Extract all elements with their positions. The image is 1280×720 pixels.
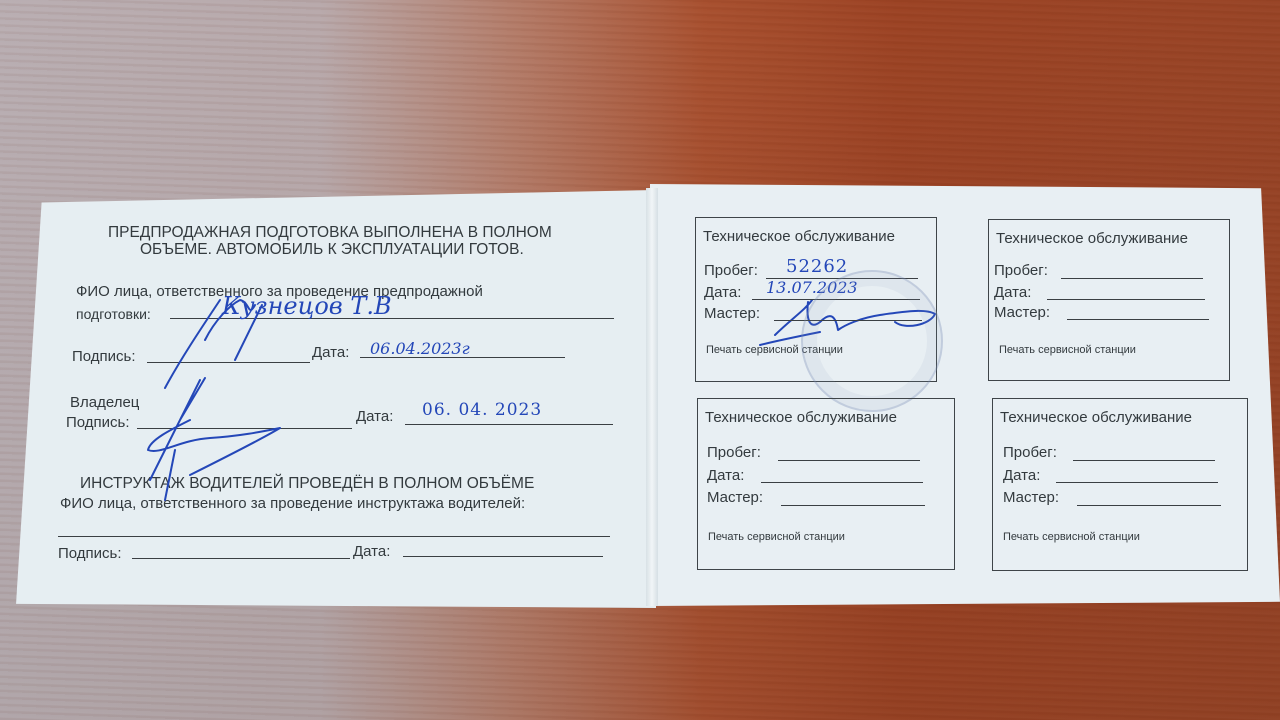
instruction-date-label: Дата: <box>353 543 390 560</box>
owner-date-field[interactable] <box>405 424 613 425</box>
owner-date-value: 06. 04. 2023 <box>422 400 542 420</box>
booklet-spine <box>646 188 658 606</box>
mileage-label: Пробег: <box>704 262 758 279</box>
mileage-label: Пробег: <box>994 262 1048 279</box>
owner-signature-field[interactable] <box>137 428 352 429</box>
mileage-field[interactable] <box>1073 460 1215 461</box>
master-field[interactable] <box>1067 319 1209 320</box>
instruction-date-field[interactable] <box>403 556 603 557</box>
mileage-label: Пробег: <box>707 444 761 461</box>
presale-signature-label: Подпись: <box>72 348 136 365</box>
master-label: Мастер: <box>1003 489 1059 506</box>
presale-responsible-label-cont: подготовки: <box>76 306 151 322</box>
maintenance-title: Техническое обслуживание <box>1000 409 1192 426</box>
master-label: Мастер: <box>704 305 760 322</box>
instruction-signature-label: Подпись: <box>58 545 122 562</box>
owner-label: Владелец <box>70 394 139 411</box>
presale-signature-field[interactable] <box>147 362 310 363</box>
presale-heading-line1: ПРЕДПРОДАЖНАЯ ПОДГОТОВКА ВЫПОЛНЕНА В ПОЛ… <box>108 224 552 242</box>
maintenance-box-3: Техническое обслуживание Пробег: Дата: М… <box>697 398 955 570</box>
maintenance-box-2: Техническое обслуживание Пробег: Дата: М… <box>988 219 1230 381</box>
maintenance-title: Техническое обслуживание <box>705 409 897 426</box>
master-label: Мастер: <box>707 489 763 506</box>
stamp-label: Печать сервисной станции <box>1003 531 1140 543</box>
stamp-label: Печать сервисной станции <box>708 531 845 543</box>
maintenance-title: Техническое обслуживание <box>996 230 1188 247</box>
date-label: Дата: <box>1003 467 1040 484</box>
date-label: Дата: <box>994 284 1031 301</box>
owner-signature-label: Подпись: <box>66 414 130 431</box>
maintenance-box-1: Техническое обслуживание Пробег: 52262 Д… <box>695 217 937 382</box>
date-field[interactable] <box>761 482 923 483</box>
mileage-field[interactable] <box>1061 278 1203 279</box>
maintenance-title: Техническое обслуживание <box>703 228 895 245</box>
instruction-signature-field[interactable] <box>132 558 350 559</box>
owner-date-label: Дата: <box>356 408 393 425</box>
stamp-label: Печать сервисной станции <box>999 344 1136 356</box>
date-label: Дата: <box>704 284 741 301</box>
master-label: Мастер: <box>994 304 1050 321</box>
instruction-heading: ИНСТРУКТАЖ ВОДИТЕЛЕЙ ПРОВЕДЁН В ПОЛНОМ О… <box>80 475 534 493</box>
instruction-responsible-label: ФИО лица, ответственного за проведение и… <box>60 495 525 512</box>
presale-heading-line2: ОБЪЕМЕ. АВТОМОБИЛЬ К ЭКСПЛУАТАЦИИ ГОТОВ. <box>140 241 524 259</box>
presale-responsible-value: Кузнецов Т.В <box>222 292 392 320</box>
date-field[interactable] <box>1056 482 1218 483</box>
presale-date-label: Дата: <box>312 344 349 361</box>
master-field[interactable] <box>1077 505 1221 506</box>
instruction-responsible-field[interactable] <box>58 536 610 537</box>
presale-date-value: 06.04.2023г <box>370 339 470 358</box>
date-label: Дата: <box>707 467 744 484</box>
service-station-stamp <box>801 270 943 412</box>
mileage-value: 52262 <box>786 256 848 277</box>
master-field[interactable] <box>781 505 925 506</box>
date-field[interactable] <box>1047 299 1205 300</box>
mileage-label: Пробег: <box>1003 444 1057 461</box>
maintenance-box-4: Техническое обслуживание Пробег: Дата: М… <box>992 398 1248 571</box>
mileage-field[interactable] <box>778 460 920 461</box>
